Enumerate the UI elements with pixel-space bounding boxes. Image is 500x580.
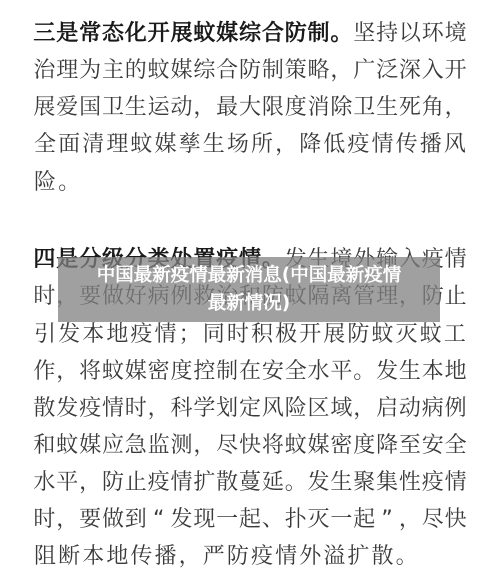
text-line: 三是常态化开展蚊媒综合防制。坚持以环境 <box>33 15 467 52</box>
text-line: 展爱国卫生运动，最大限度消除卫生死角， <box>33 89 467 126</box>
text-line: 和蚊媒应急监测，尽快将蚊媒密度降至安全 <box>33 427 467 464</box>
text-line: 全面清理蚊媒孳生场所，降低疫情传播风 <box>33 126 467 163</box>
text-line: 时，要做到“发现一起、扑灭一起”，尽快 <box>33 501 467 538</box>
text-line: 水平，防止疫情扩散蔓延。发生聚集性疫情 <box>33 464 467 501</box>
text-line: 治理为主的蚊媒综合防制策略，广泛深入开 <box>33 52 467 89</box>
text-line: 险。 <box>33 164 467 201</box>
overlay-title-line-1: 中国最新疫情最新消息(中国最新疫情 <box>97 262 401 290</box>
overlay-title-line-2: 最新情况) <box>208 290 290 318</box>
text-line: 阻断本地传播，严防疫情外溢扩散。 <box>33 538 467 575</box>
title-overlay-banner[interactable]: 中国最新疫情最新消息(中国最新疫情 最新情况) <box>58 257 440 322</box>
text-line: 作，将蚊媒密度控制在安全水平。发生本地 <box>33 353 467 390</box>
text-line: 散发疫情时，科学划定风险区域，启动病例 <box>33 390 467 427</box>
